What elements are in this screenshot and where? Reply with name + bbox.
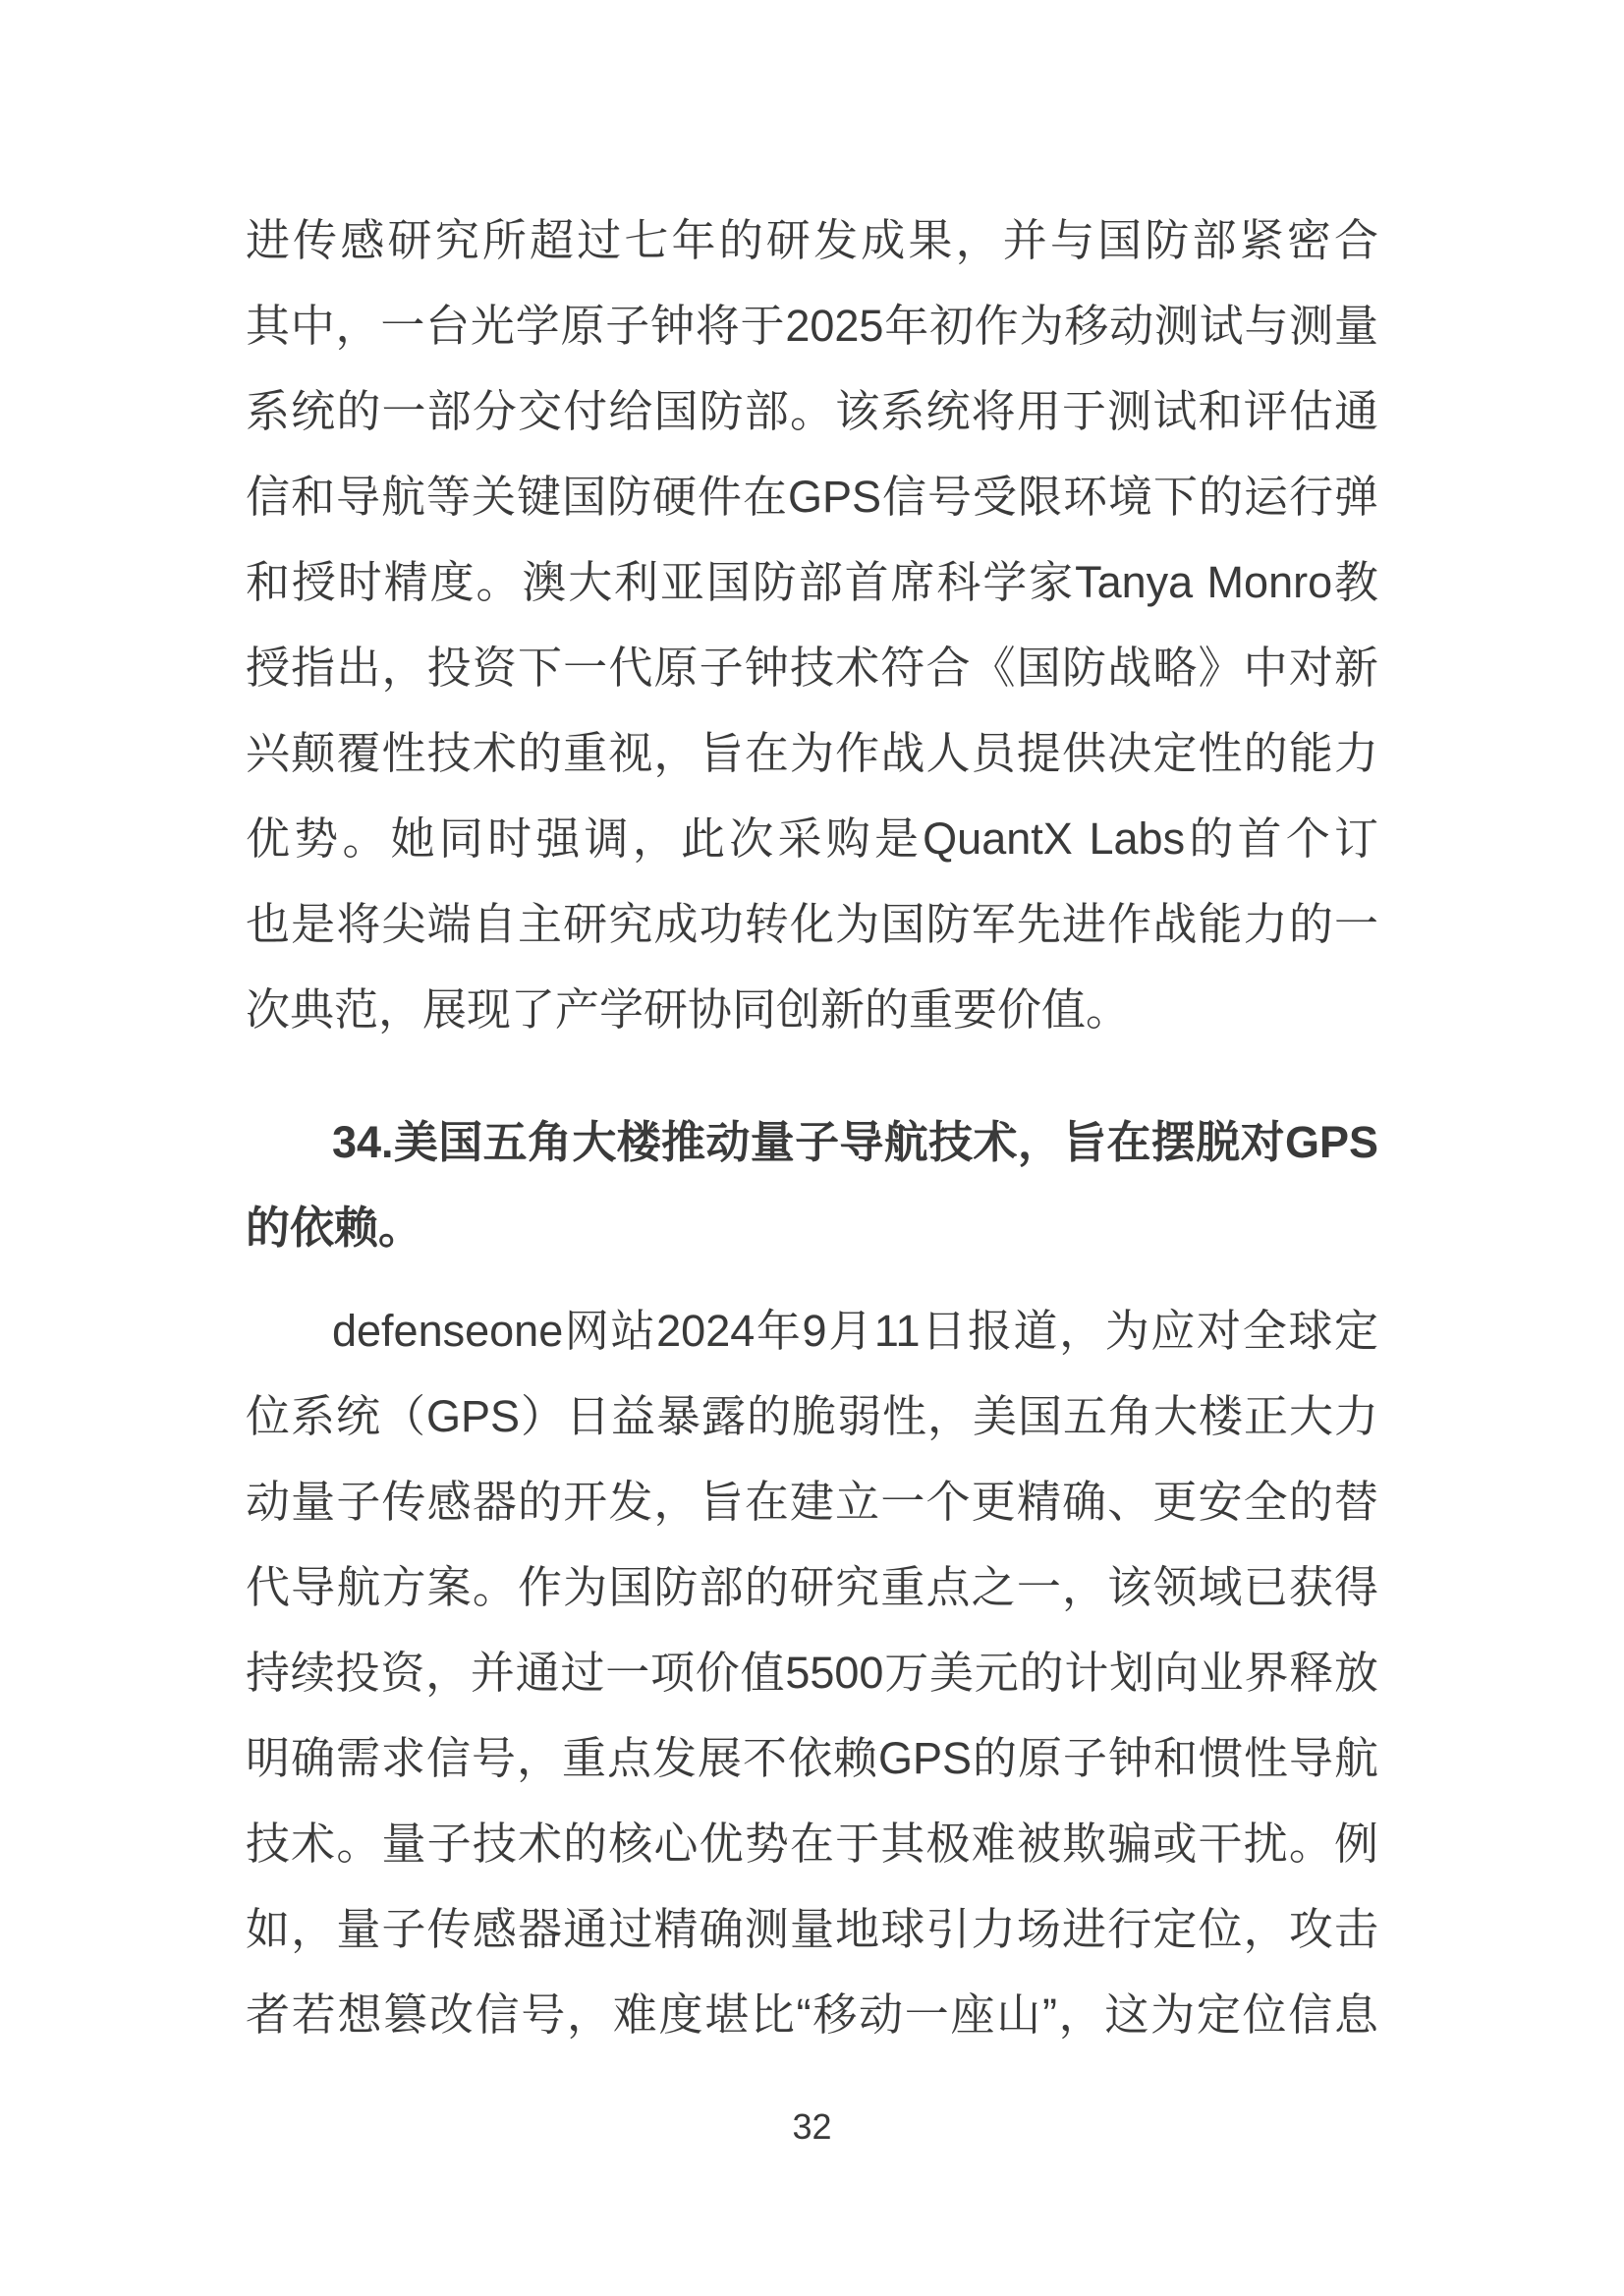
text-line: 动量子传感器的开发，旨在建立一个更精确、更安全的替 — [246, 1459, 1378, 1544]
text-line: defenseone网站2024年9月11日报道，为应对全球定 — [246, 1288, 1378, 1373]
section-heading: 34.美国五角大楼推动量子导航技术，旨在摆脱对GPS 的依赖。 — [246, 1099, 1378, 1270]
document-page: 进传感研究所超过七年的研发成果，并与国防部紧密合作。 其中，一台光学原子钟将于2… — [0, 0, 1624, 2296]
text-line: 兴颠覆性技术的重视，旨在为作战人员提供决定性的能力 — [246, 710, 1378, 796]
text-line: 系统的一部分交付给国防部。该系统将用于测试和评估通 — [246, 368, 1378, 454]
text-line: 技术。量子技术的核心优势在于其极难被欺骗或干扰。例 — [246, 1801, 1378, 1886]
text-line: 和授时精度。澳大利亚国防部首席科学家Tanya Monro教 — [246, 539, 1378, 625]
text-line: 代导航方案。作为国防部的研究重点之一，该领域已获得 — [246, 1544, 1378, 1630]
text-line: 位系统（GPS）日益暴露的脆弱性，美国五角大楼正大力推 — [246, 1373, 1378, 1459]
page-footer: 32 — [0, 2107, 1624, 2147]
heading-line: 34.美国五角大楼推动量子导航技术，旨在摆脱对GPS — [246, 1099, 1378, 1185]
body-text: 进传感研究所超过七年的研发成果，并与国防部紧密合作。 其中，一台光学原子钟将于2… — [246, 197, 1378, 2057]
text-line: 也是将尖端自主研究成功转化为国防军先进作战能力的一 — [246, 881, 1378, 967]
text-line: 授指出，投资下一代原子钟技术符合《国防战略》中对新 — [246, 625, 1378, 710]
text-line: 明确需求信号，重点发展不依赖GPS的原子钟和惯性导航等 — [246, 1715, 1378, 1801]
text-line: 次典范，展现了产学研协同创新的重要价值。 — [246, 967, 1378, 1052]
text-line: 如，量子传感器通过精确测量地球引力场进行定位，攻击 — [246, 1886, 1378, 1972]
text-line: 优势。她同时强调，此次采购是QuantX Labs的首个订单， — [246, 796, 1378, 881]
text-line: 其中，一台光学原子钟将于2025年初作为移动测试与测量 — [246, 283, 1378, 368]
heading-line: 的依赖。 — [246, 1185, 1378, 1270]
text-line: 进传感研究所超过七年的研发成果，并与国防部紧密合作。 — [246, 197, 1378, 283]
text-line: 信和导航等关键国防硬件在GPS信号受限环境下的运行弹性 — [246, 454, 1378, 539]
paragraph-continued: 进传感研究所超过七年的研发成果，并与国防部紧密合作。 其中，一台光学原子钟将于2… — [246, 197, 1378, 1052]
paragraph: defenseone网站2024年9月11日报道，为应对全球定 位系统（GPS）… — [246, 1288, 1378, 2057]
text-line: 者若想篡改信号，难度堪比“移动一座山”，这为定位信息 — [246, 1972, 1378, 2057]
text-line: 持续投资，并通过一项价值5500万美元的计划向业界释放 — [246, 1630, 1378, 1715]
page-number: 32 — [792, 2106, 831, 2147]
